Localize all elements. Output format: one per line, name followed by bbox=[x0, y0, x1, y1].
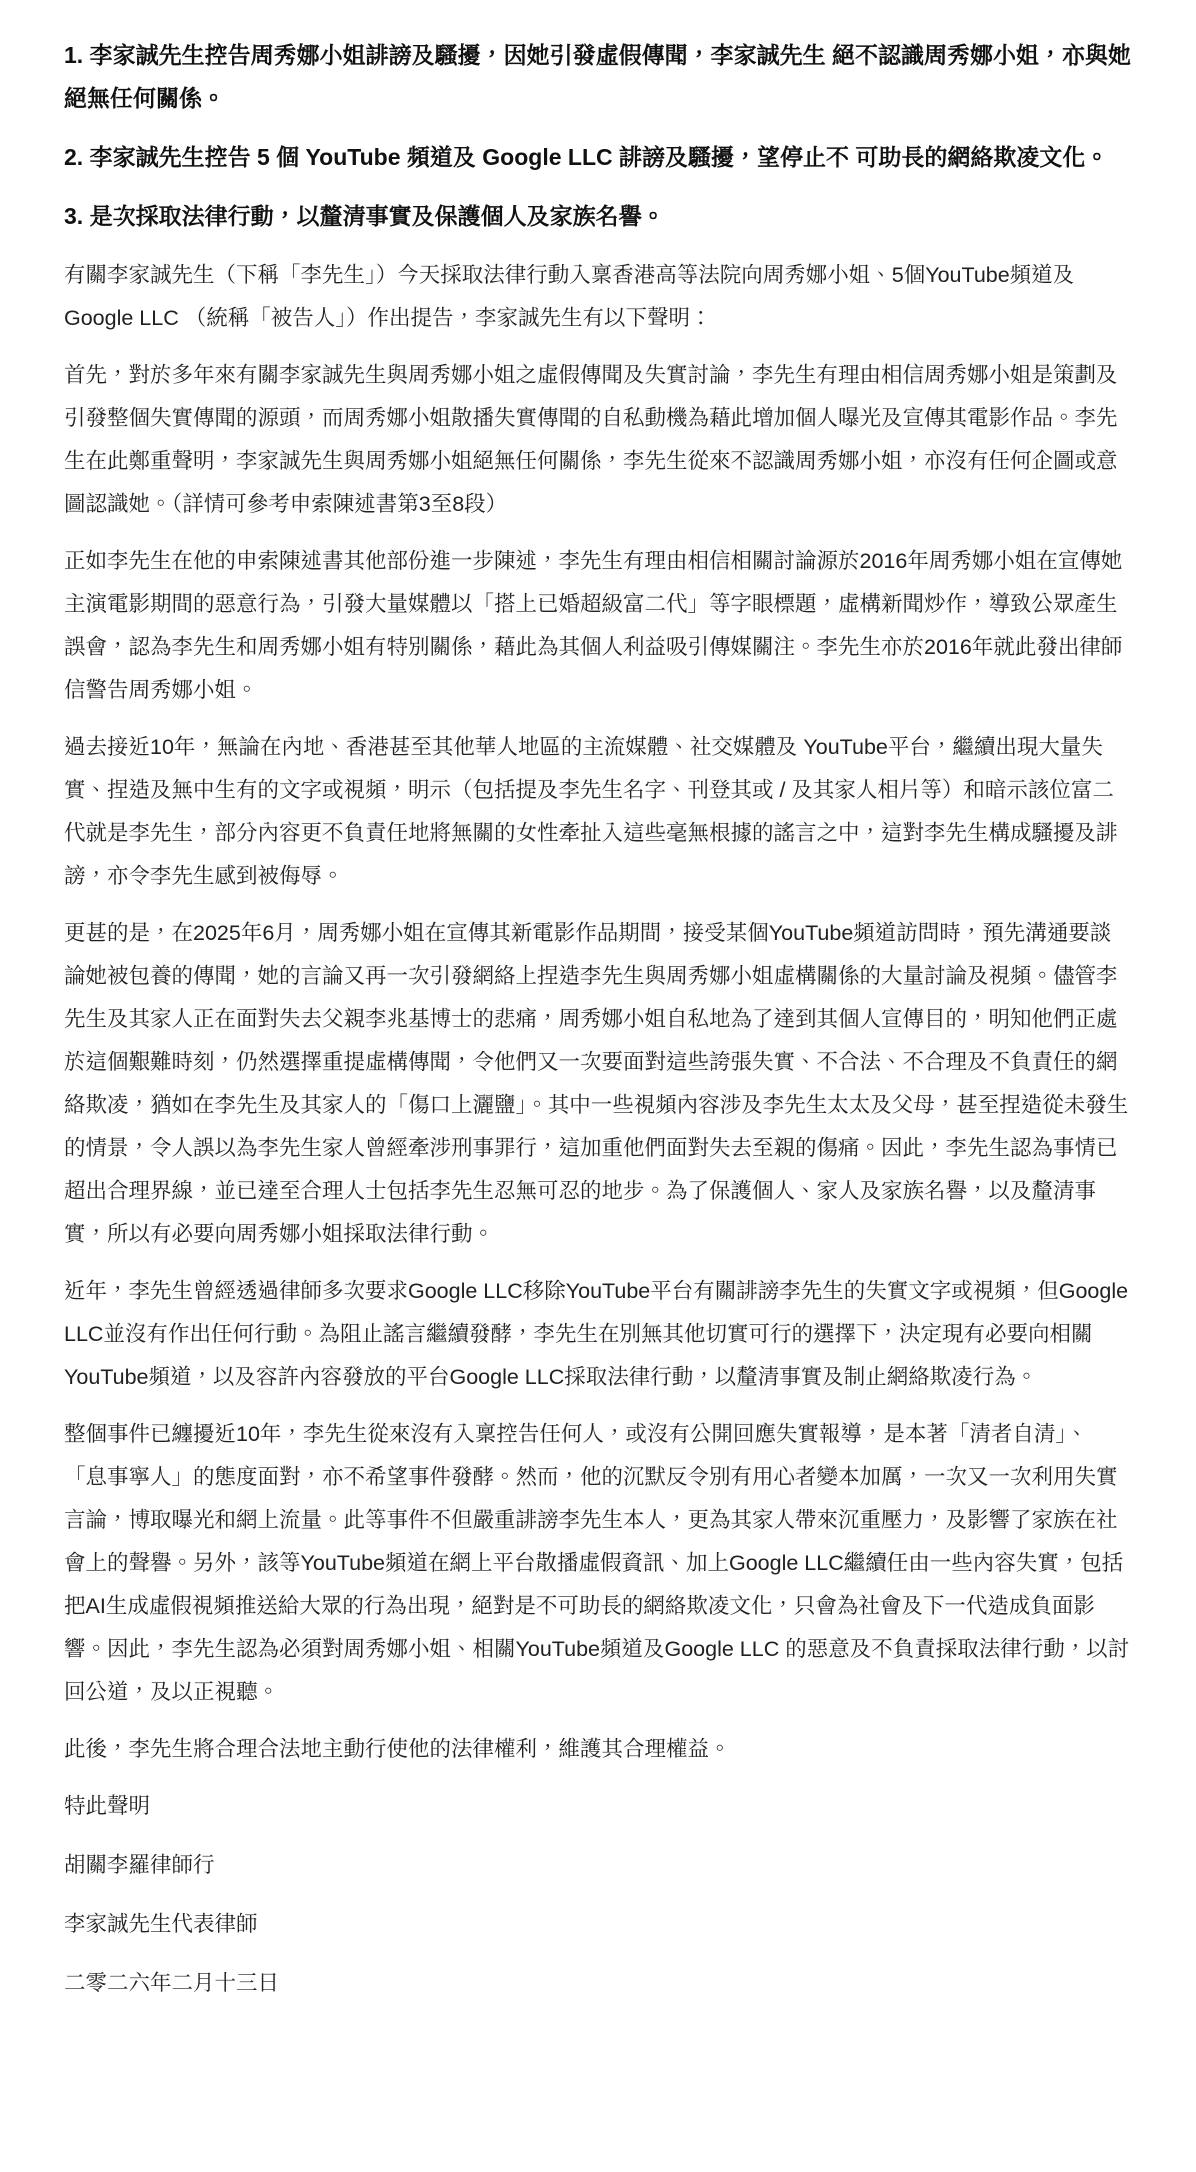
paragraph-2025-incident: 更甚的是，在2025年6月，周秀娜小姐在宣傳其新電影作品期間，接受某個YouTu… bbox=[64, 912, 1132, 1256]
summary-point-2: 2. 李家誠先生控告 5 個 YouTube 頻道及 Google LLC 誹謗… bbox=[64, 136, 1132, 179]
paragraph-google-llc-requests: 近年，李先生曾經透過律師多次要求Google LLC移除YouTube平台有關誹… bbox=[64, 1270, 1132, 1399]
declaration-line: 特此聲明 bbox=[64, 1785, 1132, 1828]
paragraph-2016-origin: 正如李先生在他的申索陳述書其他部份進一步陳述，李先生有理由相信相關討論源於201… bbox=[64, 540, 1132, 712]
summary-point-3: 3. 是次採取法律行動，以釐清事實及保護個人及家族名譽。 bbox=[64, 195, 1132, 238]
statement-document-page: 1. 李家誠先生控告周秀娜小姐誹謗及騷擾，因她引發虛假傳聞，李家誠先生 絕不認識… bbox=[0, 0, 1196, 2172]
date-line: 二零二六年二月十三日 bbox=[64, 1962, 1132, 2005]
law-firm-name: 胡關李羅律師行 bbox=[64, 1844, 1132, 1887]
summary-point-1: 1. 李家誠先生控告周秀娜小姐誹謗及騷擾，因她引發虛假傳聞，李家誠先生 絕不認識… bbox=[64, 34, 1132, 120]
representative-line: 李家誠先生代表律師 bbox=[64, 1903, 1132, 1946]
paragraph-past-decade-media: 過去接近10年，無論在內地、香港甚至其他華人地區的主流媒體、社交媒體及 YouT… bbox=[64, 726, 1132, 898]
paragraph-introduction: 有關李家誠先生（下稱「李先生」）今天採取法律行動入稟香港高等法院向周秀娜小姐、5… bbox=[64, 254, 1132, 340]
paragraph-firstly-denial: 首先，對於多年來有關李家誠先生與周秀娜小姐之虛假傳聞及失實討論，李先生有理由相信… bbox=[64, 354, 1132, 526]
paragraph-overall-events: 整個事件已纏擾近10年，李先生從來沒有入稟控告任何人，或沒有公開回應失實報導，是… bbox=[64, 1413, 1132, 1714]
paragraph-future-rights: 此後，李先生將合理合法地主動行使他的法律權利，維護其合理權益。 bbox=[64, 1728, 1132, 1771]
